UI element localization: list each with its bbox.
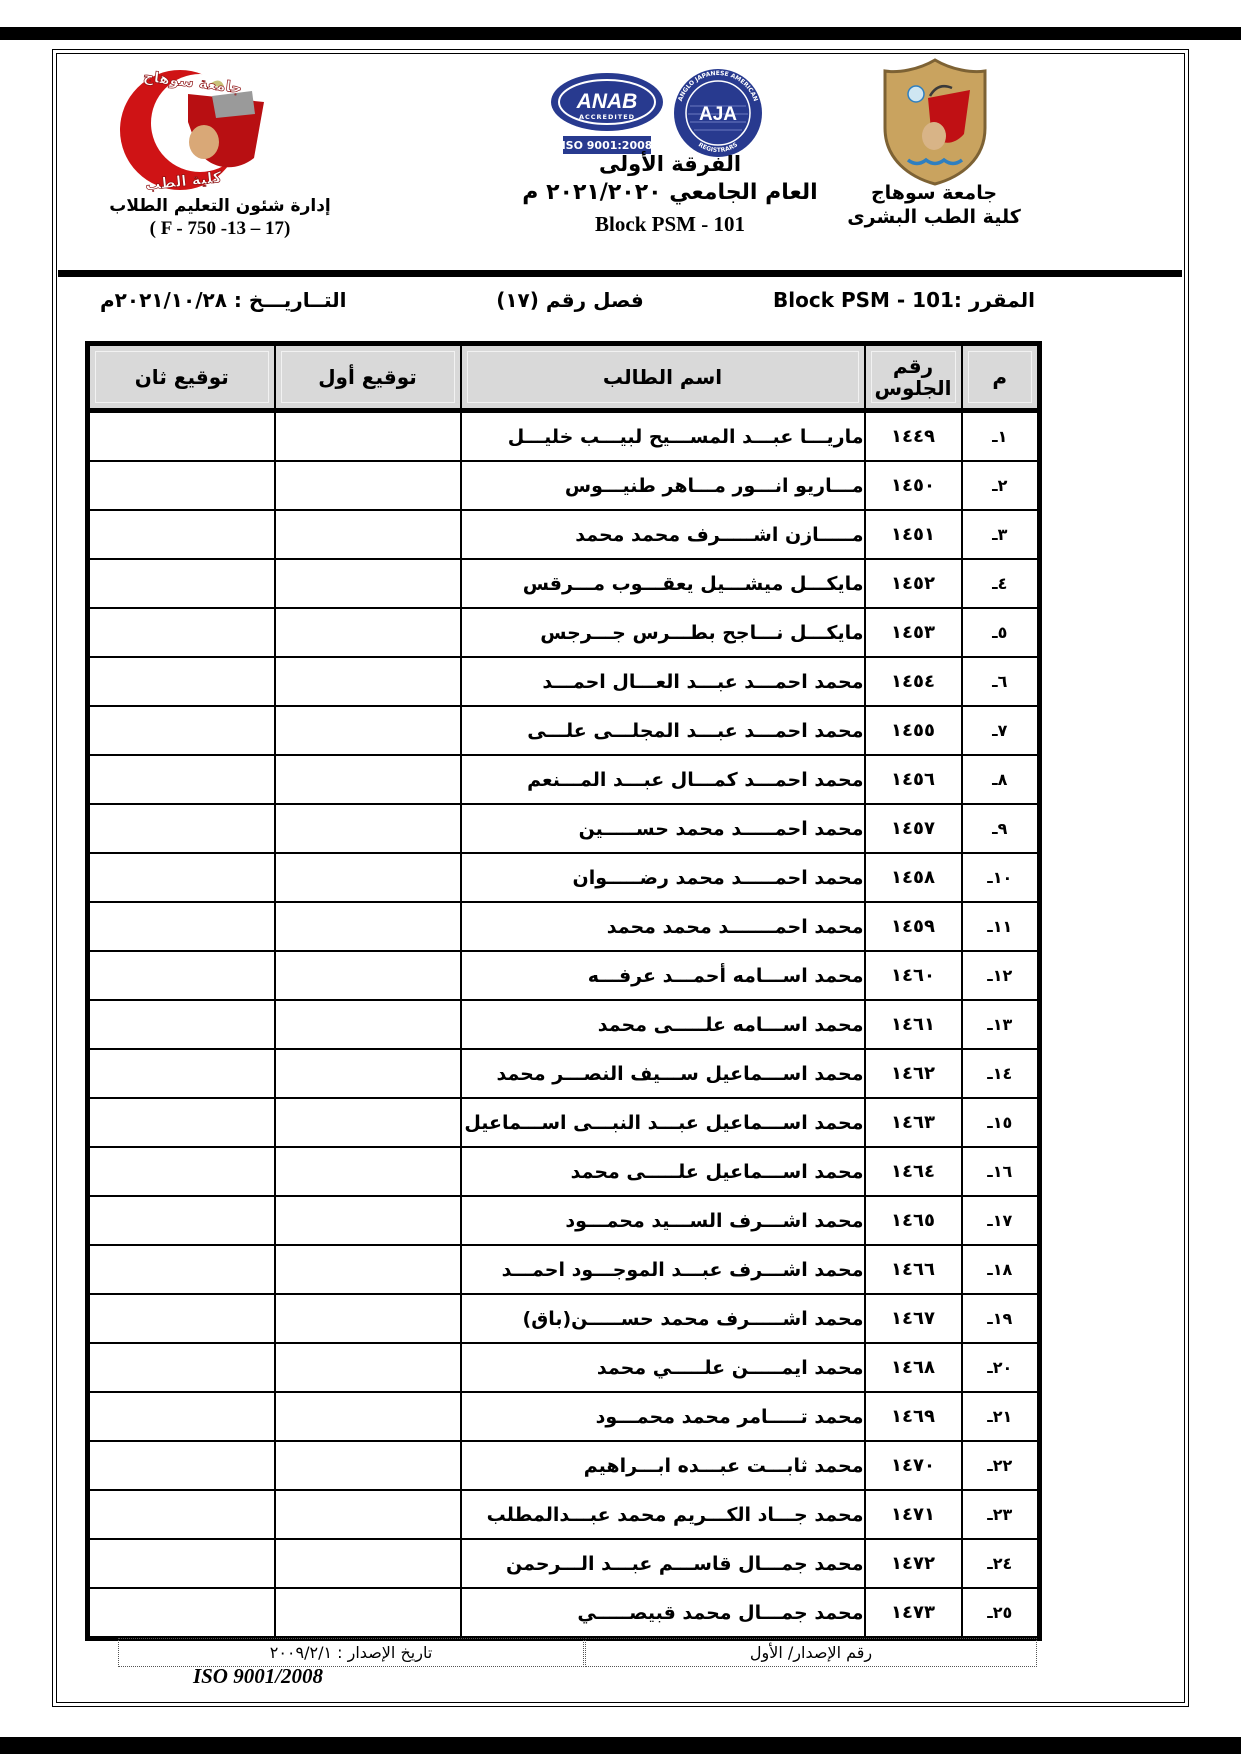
- student-name: محمد احمـــــد محمد حســـــين: [461, 804, 865, 853]
- student-name: محمد جمـــال قاســـم عبـــد الـــرحمن: [461, 1539, 865, 1588]
- row-index: ٢٠ـ: [962, 1343, 1040, 1392]
- class-number-label: فصل رقم (١٧): [470, 288, 670, 312]
- row-index: ١٢ـ: [962, 951, 1040, 1000]
- row-index: ٧ـ: [962, 706, 1040, 755]
- table-row: ٢٥ـ١٤٧٣محمد جمـــال محمد قبيصـــــي: [88, 1588, 1040, 1639]
- row-index: ١٨ـ: [962, 1245, 1040, 1294]
- table-row: ١٠ـ١٤٥٨محمد احمـــــد محمد رضـــــوان: [88, 853, 1040, 902]
- student-name: ماريـــا عبـــد المســـيح لبيـــب خليـــ…: [461, 411, 865, 462]
- first-signature-cell: [275, 1490, 461, 1539]
- first-signature-cell: [275, 411, 461, 462]
- first-signature-cell: [275, 1245, 461, 1294]
- first-signature-cell: [275, 1294, 461, 1343]
- header-seat-number: رقم الجلوس: [865, 344, 962, 411]
- second-signature-cell: [88, 657, 275, 706]
- course-label: المقرر :Block PSM - 101: [700, 288, 1035, 312]
- row-index: ٢٤ـ: [962, 1539, 1040, 1588]
- seat-number: ١٤٥٥: [865, 706, 962, 755]
- row-index: ١٠ـ: [962, 853, 1040, 902]
- iso-standard-label: ISO 9001/2008: [138, 1664, 378, 1689]
- first-signature-cell: [275, 1539, 461, 1588]
- student-name: محمد ثابـــت عبـــده ابـــراهيم: [461, 1441, 865, 1490]
- scanned-attendance-sheet: { "header": { "left": { "dept": "إدارة ش…: [0, 0, 1241, 1754]
- student-name: محمد احمـــد عبـــد المجلـــى علـــى: [461, 706, 865, 755]
- seat-number: ١٤٥٣: [865, 608, 962, 657]
- row-index: ٦ـ: [962, 657, 1040, 706]
- student-name: محمد تـــــامر محمد محمـــود: [461, 1392, 865, 1441]
- second-signature-cell: [88, 1588, 275, 1639]
- seat-number: ١٤٦٩: [865, 1392, 962, 1441]
- table-row: ١٥ـ١٤٦٣محمد اســـماعيل عبـــد النبـــى ا…: [88, 1098, 1040, 1147]
- student-name: محمد اشـــرف عبـــد الموجـــود احمـــد: [461, 1245, 865, 1294]
- table-row: ١٢ـ١٤٦٠محمد اســـامه أحمـــد عرفـــه: [88, 951, 1040, 1000]
- table-header-row: م رقم الجلوس اسم الطالب توقيع أول توقيع …: [88, 344, 1040, 411]
- first-signature-cell: [275, 853, 461, 902]
- first-signature-cell: [275, 951, 461, 1000]
- student-name: مايكـــل ميشـــيل يعقـــوب مـــرقس: [461, 559, 865, 608]
- faculty-crescent-logo: جامعة سوهاج كلية الطب: [92, 60, 307, 202]
- second-signature-cell: [88, 608, 275, 657]
- table-row: ١١ـ١٤٥٩محمد احمـــــــد محمد محمد: [88, 902, 1040, 951]
- seat-number: ١٤٧٢: [865, 1539, 962, 1588]
- second-signature-cell: [88, 1392, 275, 1441]
- first-signature-cell: [275, 1196, 461, 1245]
- table-row: ٢ـ١٤٥٠مـــاريو انـــور مـــاهر طنيـــوس: [88, 461, 1040, 510]
- second-signature-cell: [88, 559, 275, 608]
- university-name: جامعة سوهاج: [834, 182, 1034, 204]
- first-signature-cell: [275, 1588, 461, 1639]
- first-signature-cell: [275, 1147, 461, 1196]
- row-index: ١ـ: [962, 411, 1040, 462]
- second-signature-cell: [88, 1490, 275, 1539]
- seat-number: ١٤٥٤: [865, 657, 962, 706]
- student-name: محمد اســـماعيل علـــــى محمد: [461, 1147, 865, 1196]
- shield-face: [922, 122, 946, 150]
- seat-number: ١٤٥٦: [865, 755, 962, 804]
- header-no: م: [962, 344, 1040, 411]
- student-name: مايكـــل نـــاجح بطـــرس جـــرجس: [461, 608, 865, 657]
- second-signature-cell: [88, 510, 275, 559]
- header-student-name: اسم الطالب: [461, 344, 865, 411]
- second-signature-cell: [88, 1343, 275, 1392]
- second-signature-cell: [88, 411, 275, 462]
- anab-name: ANAB: [576, 90, 638, 113]
- first-signature-cell: [275, 461, 461, 510]
- first-signature-cell: [275, 1098, 461, 1147]
- first-signature-cell: [275, 755, 461, 804]
- table-row: ٢٣ـ١٤٧١محمد جـــاد الكـــريم محمد عبـــد…: [88, 1490, 1040, 1539]
- seat-number: ١٤٥٨: [865, 853, 962, 902]
- seat-number: ١٤٤٩: [865, 411, 962, 462]
- department-line: إدارة شئون التعليم الطلاب: [86, 196, 354, 216]
- second-signature-cell: [88, 902, 275, 951]
- student-name: محمد اســـماعيل عبـــد النبـــى اســـماع…: [461, 1098, 865, 1147]
- table-row: ١٦ـ١٤٦٤محمد اســـماعيل علـــــى محمد: [88, 1147, 1040, 1196]
- row-index: ١٧ـ: [962, 1196, 1040, 1245]
- first-signature-cell: [275, 1392, 461, 1441]
- table-row: ٤ـ١٤٥٢مايكـــل ميشـــيل يعقـــوب مـــرقس: [88, 559, 1040, 608]
- table-row: ٢٤ـ١٤٧٢محمد جمـــال قاســـم عبـــد الـــ…: [88, 1539, 1040, 1588]
- student-name: مـــــازن اشـــــرف محمد محمد: [461, 510, 865, 559]
- second-signature-cell: [88, 853, 275, 902]
- anab-iso-label: ISO 9001:2008: [562, 139, 653, 152]
- table-row: ١٤ـ١٤٦٢محمد اســـماعيل ســـيف النصـــر م…: [88, 1049, 1040, 1098]
- seat-number: ١٤٥٩: [865, 902, 962, 951]
- seat-number: ١٤٦٤: [865, 1147, 962, 1196]
- row-index: ٩ـ: [962, 804, 1040, 853]
- row-index: ٢٥ـ: [962, 1588, 1040, 1639]
- issue-date-box: تاريخ الإصدار : ٢٠٠٩/٢/١: [118, 1638, 584, 1667]
- seat-number: ١٤٦٠: [865, 951, 962, 1000]
- anab-logo: ANAB ACCREDITED ISO 9001:2008: [548, 72, 666, 158]
- second-signature-cell: [88, 1539, 275, 1588]
- student-name: محمد جمـــال محمد قبيصـــــي: [461, 1588, 865, 1639]
- university-shield-logo: [876, 56, 994, 188]
- student-name: مـــاريو انـــور مـــاهر طنيـــوس: [461, 461, 865, 510]
- form-code: ( F - 750 -13 – 17): [86, 218, 354, 240]
- second-signature-cell: [88, 1441, 275, 1490]
- first-signature-cell: [275, 804, 461, 853]
- block-title: Block PSM - 101: [480, 212, 860, 237]
- seat-number: ١٤٥٢: [865, 559, 962, 608]
- roster-table: م رقم الجلوس اسم الطالب توقيع أول توقيع …: [85, 341, 1042, 1641]
- student-name: محمد جـــاد الكـــريم محمد عبـــدالمطلب: [461, 1490, 865, 1539]
- table-row: ٨ـ١٤٥٦محمد احمـــد كمـــال عبـــد المـــ…: [88, 755, 1040, 804]
- student-name: محمد احمـــــد محمد رضـــــوان: [461, 853, 865, 902]
- second-signature-cell: [88, 804, 275, 853]
- row-index: ٢ـ: [962, 461, 1040, 510]
- seat-number: ١٤٦٦: [865, 1245, 962, 1294]
- table-row: ٦ـ١٤٥٤محمد احمـــد عبـــد العـــال احمــ…: [88, 657, 1040, 706]
- table-row: ١ـ١٤٤٩ماريـــا عبـــد المســـيح لبيـــب …: [88, 411, 1040, 462]
- table-row: ١٨ـ١٤٦٦محمد اشـــرف عبـــد الموجـــود اح…: [88, 1245, 1040, 1294]
- roster-table-container: م رقم الجلوس اسم الطالب توقيع أول توقيع …: [85, 341, 1037, 1641]
- row-index: ٨ـ: [962, 755, 1040, 804]
- second-signature-cell: [88, 461, 275, 510]
- issue-number-box: رقم الإصدار/ الأول: [585, 1638, 1037, 1667]
- seat-number: ١٤٥٧: [865, 804, 962, 853]
- second-signature-cell: [88, 755, 275, 804]
- seat-number: ١٤٧١: [865, 1490, 962, 1539]
- header-first-signature: توقيع أول: [275, 344, 461, 411]
- table-row: ٣ـ١٤٥١مـــــازن اشـــــرف محمد محمد: [88, 510, 1040, 559]
- row-index: ١٣ـ: [962, 1000, 1040, 1049]
- seat-number: ١٤٦١: [865, 1000, 962, 1049]
- faculty-name: كلية الطب البشرى: [834, 206, 1034, 228]
- second-signature-cell: [88, 706, 275, 755]
- first-signature-cell: [275, 608, 461, 657]
- row-index: ٢٣ـ: [962, 1490, 1040, 1539]
- student-name: محمد اســـامه أحمـــد عرفـــه: [461, 951, 865, 1000]
- second-signature-cell: [88, 1196, 275, 1245]
- date-label: التــاريـــخ : ٢٠٢١/١٠/٢٨م: [100, 288, 450, 312]
- page-top-scan-edge: [0, 27, 1241, 40]
- grade-title: الفرقة الأولى: [530, 152, 810, 176]
- second-signature-cell: [88, 1000, 275, 1049]
- aja-name: AJA: [699, 104, 737, 125]
- row-index: ١٦ـ: [962, 1147, 1040, 1196]
- header-second-signature: توقيع ثان: [88, 344, 275, 411]
- first-signature-cell: [275, 706, 461, 755]
- row-index: ١٤ـ: [962, 1049, 1040, 1098]
- seat-number: ١٤٥١: [865, 510, 962, 559]
- page-bottom-scan-edge: [0, 1737, 1241, 1754]
- academic-year-line: العام الجامعي ٢٠٢١/٢٠٢٠ م: [480, 180, 860, 205]
- table-row: ١٣ـ١٤٦١محمد اســـامه علـــــى محمد: [88, 1000, 1040, 1049]
- second-signature-cell: [88, 1098, 275, 1147]
- table-row: ١٩ـ١٤٦٧محمد اشـــــرف محمد حســـــن(باق): [88, 1294, 1040, 1343]
- student-name: محمد احمـــــــد محمد محمد: [461, 902, 865, 951]
- row-index: ٤ـ: [962, 559, 1040, 608]
- first-signature-cell: [275, 1441, 461, 1490]
- first-signature-cell: [275, 510, 461, 559]
- row-index: ٥ـ: [962, 608, 1040, 657]
- row-index: ٢١ـ: [962, 1392, 1040, 1441]
- seat-number: ١٤٦٥: [865, 1196, 962, 1245]
- first-signature-cell: [275, 657, 461, 706]
- anab-accredited-label: ACCREDITED: [579, 113, 635, 121]
- table-row: ٧ـ١٤٥٥محمد احمـــد عبـــد المجلـــى علــ…: [88, 706, 1040, 755]
- student-name: محمد ايمـــــن علـــــي محمد: [461, 1343, 865, 1392]
- second-signature-cell: [88, 1049, 275, 1098]
- row-index: ١٩ـ: [962, 1294, 1040, 1343]
- student-name: محمد اســـماعيل ســـيف النصـــر محمد: [461, 1049, 865, 1098]
- second-signature-cell: [88, 951, 275, 1000]
- table-row: ٢٠ـ١٤٦٨محمد ايمـــــن علـــــي محمد: [88, 1343, 1040, 1392]
- row-index: ١١ـ: [962, 902, 1040, 951]
- student-name: محمد احمـــد عبـــد العـــال احمـــد: [461, 657, 865, 706]
- header-divider-rule: [58, 270, 1182, 277]
- table-row: ٥ـ١٤٥٣مايكـــل نـــاجح بطـــرس جـــرجس: [88, 608, 1040, 657]
- student-name: محمد احمـــد كمـــال عبـــد المـــنعم: [461, 755, 865, 804]
- table-row: ٢١ـ١٤٦٩محمد تـــــامر محمد محمـــود: [88, 1392, 1040, 1441]
- face-shape: [189, 125, 219, 159]
- seat-number: ١٤٦٧: [865, 1294, 962, 1343]
- first-signature-cell: [275, 1000, 461, 1049]
- student-name: محمد اشـــــرف محمد حســـــن(باق): [461, 1294, 865, 1343]
- row-index: ٣ـ: [962, 510, 1040, 559]
- student-name: محمد اشـــرف الســـيد محمـــود: [461, 1196, 865, 1245]
- first-signature-cell: [275, 1049, 461, 1098]
- students-tbody: ١ـ١٤٤٩ماريـــا عبـــد المســـيح لبيـــب …: [88, 411, 1040, 1639]
- first-signature-cell: [275, 559, 461, 608]
- table-row: ١٧ـ١٤٦٥محمد اشـــرف الســـيد محمـــود: [88, 1196, 1040, 1245]
- second-signature-cell: [88, 1245, 275, 1294]
- row-index: ٢٢ـ: [962, 1441, 1040, 1490]
- seat-number: ١٤٧٠: [865, 1441, 962, 1490]
- table-row: ٢٢ـ١٤٧٠محمد ثابـــت عبـــده ابـــراهيم: [88, 1441, 1040, 1490]
- first-signature-cell: [275, 1343, 461, 1392]
- seat-number: ١٤٦٨: [865, 1343, 962, 1392]
- second-signature-cell: [88, 1294, 275, 1343]
- table-row: ٩ـ١٤٥٧محمد احمـــــد محمد حســـــين: [88, 804, 1040, 853]
- seat-number: ١٤٧٣: [865, 1588, 962, 1639]
- student-name: محمد اســـامه علـــــى محمد: [461, 1000, 865, 1049]
- aja-logo: AJA ANGLO JAPANESE AMERICAN REGISTRARS: [668, 66, 768, 160]
- seat-number: ١٤٦٢: [865, 1049, 962, 1098]
- atom-emblem: [908, 86, 924, 102]
- second-signature-cell: [88, 1147, 275, 1196]
- first-signature-cell: [275, 902, 461, 951]
- seat-number: ١٤٥٠: [865, 461, 962, 510]
- row-index: ١٥ـ: [962, 1098, 1040, 1147]
- seat-number: ١٤٦٣: [865, 1098, 962, 1147]
